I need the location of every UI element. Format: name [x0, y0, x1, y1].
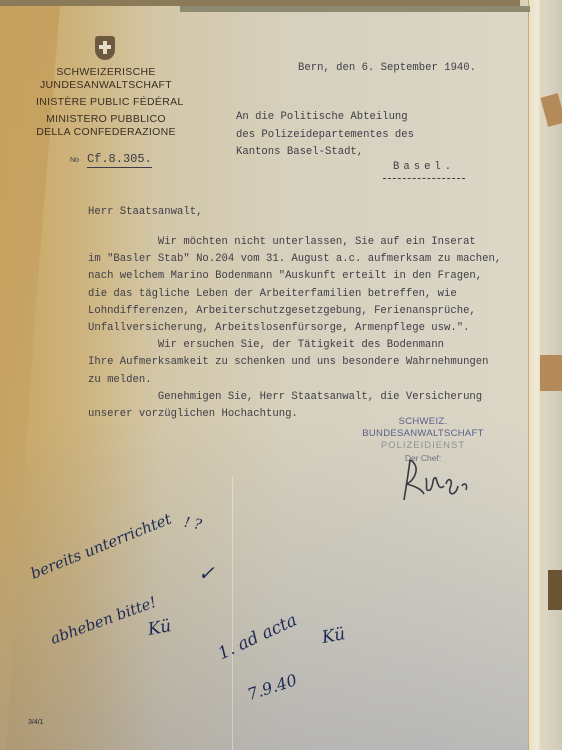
letterhead: SCHWEIZERISCHE JUNDESANWALTSCHAFT INISTÈ…	[36, 66, 176, 139]
letterhead-line-3: INISTÈRE PUBLIC FÉDÉRAL	[36, 96, 176, 109]
salutation: Herr Staatsanwalt,	[88, 206, 202, 218]
letter-body: Wir möchten nicht unterlassen, Sie auf e…	[88, 234, 501, 423]
signature-icon	[400, 456, 480, 506]
reference-number: NoCf.8.305.	[70, 152, 152, 166]
handwritten-initials: Kü	[146, 616, 172, 640]
body-line: Lohndifferenzen, Arbeiterschutzgesetzgeb…	[88, 305, 476, 317]
letterhead-line-5: DELLA CONFEDERAZIONE	[36, 126, 176, 139]
body-line: Genehmigen Sie, Herr Staatsanwalt, die V…	[88, 391, 482, 403]
top-edge-shadow	[180, 6, 530, 12]
body-line: unserer vorzüglichen Hochachtung.	[88, 408, 298, 420]
handwritten-date: 7.9.40	[245, 670, 299, 704]
file-tab	[548, 570, 562, 610]
address-line: des Polizeidepartementes des	[236, 129, 414, 141]
letterhead-line-1: SCHWEIZERISCHE	[36, 66, 176, 79]
body-line: Unfallversicherung, Arbeitslosenfürsorge…	[88, 322, 469, 334]
handwritten-note-line-1: bereits unterrichtet	[28, 510, 174, 583]
checkmark-icon: ✓	[198, 561, 215, 585]
body-line: nach welchem Marino Bodenmann "Auskunft …	[88, 270, 482, 282]
handwritten-ad-acta: 1. ad acta	[215, 610, 300, 664]
city-underline	[383, 178, 465, 179]
date-line: Bern, den 6. September 1940.	[298, 62, 476, 74]
body-line: Wir möchten nicht unterlassen, Sie auf e…	[88, 236, 476, 248]
body-line: zu melden.	[88, 374, 152, 386]
reference-label: No	[70, 157, 79, 164]
handwritten-initials: Kü	[320, 624, 346, 648]
handwritten-note-line-2: abheben bitte!	[48, 593, 159, 648]
letter-sheet: SCHWEIZERISCHE JUNDESANWALTSCHAFT INISTÈ…	[0, 6, 528, 750]
stamp-line-2: POLIZEIDIENST	[338, 440, 508, 452]
body-line: die das tägliche Leben der Arbeiterfamil…	[88, 288, 457, 300]
form-number: 3/4/1	[28, 719, 44, 726]
document-photo: SCHWEIZERISCHE JUNDESANWALTSCHAFT INISTÈ…	[0, 0, 562, 750]
address-line: An die Politische Abteilung	[236, 111, 408, 123]
letterhead-line-4: MINISTERO PUBBLICO	[36, 113, 176, 126]
recipient-address: An die Politische Abteilung des Polizeid…	[236, 109, 414, 162]
swiss-crest-icon	[95, 36, 115, 60]
body-line: Ihre Aufmerksamkeit zu schenken und uns …	[88, 356, 489, 368]
file-tab	[540, 355, 562, 391]
stamp-line-1: SCHWEIZ. BUNDESANWALTSCHAFT	[338, 416, 508, 440]
recipient-city: Basel.	[393, 161, 455, 173]
handwritten-mark: ! ?	[183, 515, 203, 534]
address-line: Kantons Basel-Stadt,	[236, 146, 363, 158]
body-line: im "Basler Stab" No.204 vom 31. August a…	[88, 253, 501, 265]
letterhead-line-2: JUNDESANWALTSCHAFT	[36, 79, 176, 92]
body-line: Wir ersuchen Sie, der Tätigkeit des Bode…	[88, 339, 444, 351]
reference-value: Cf.8.305.	[87, 152, 152, 168]
paper-crease	[232, 476, 233, 750]
